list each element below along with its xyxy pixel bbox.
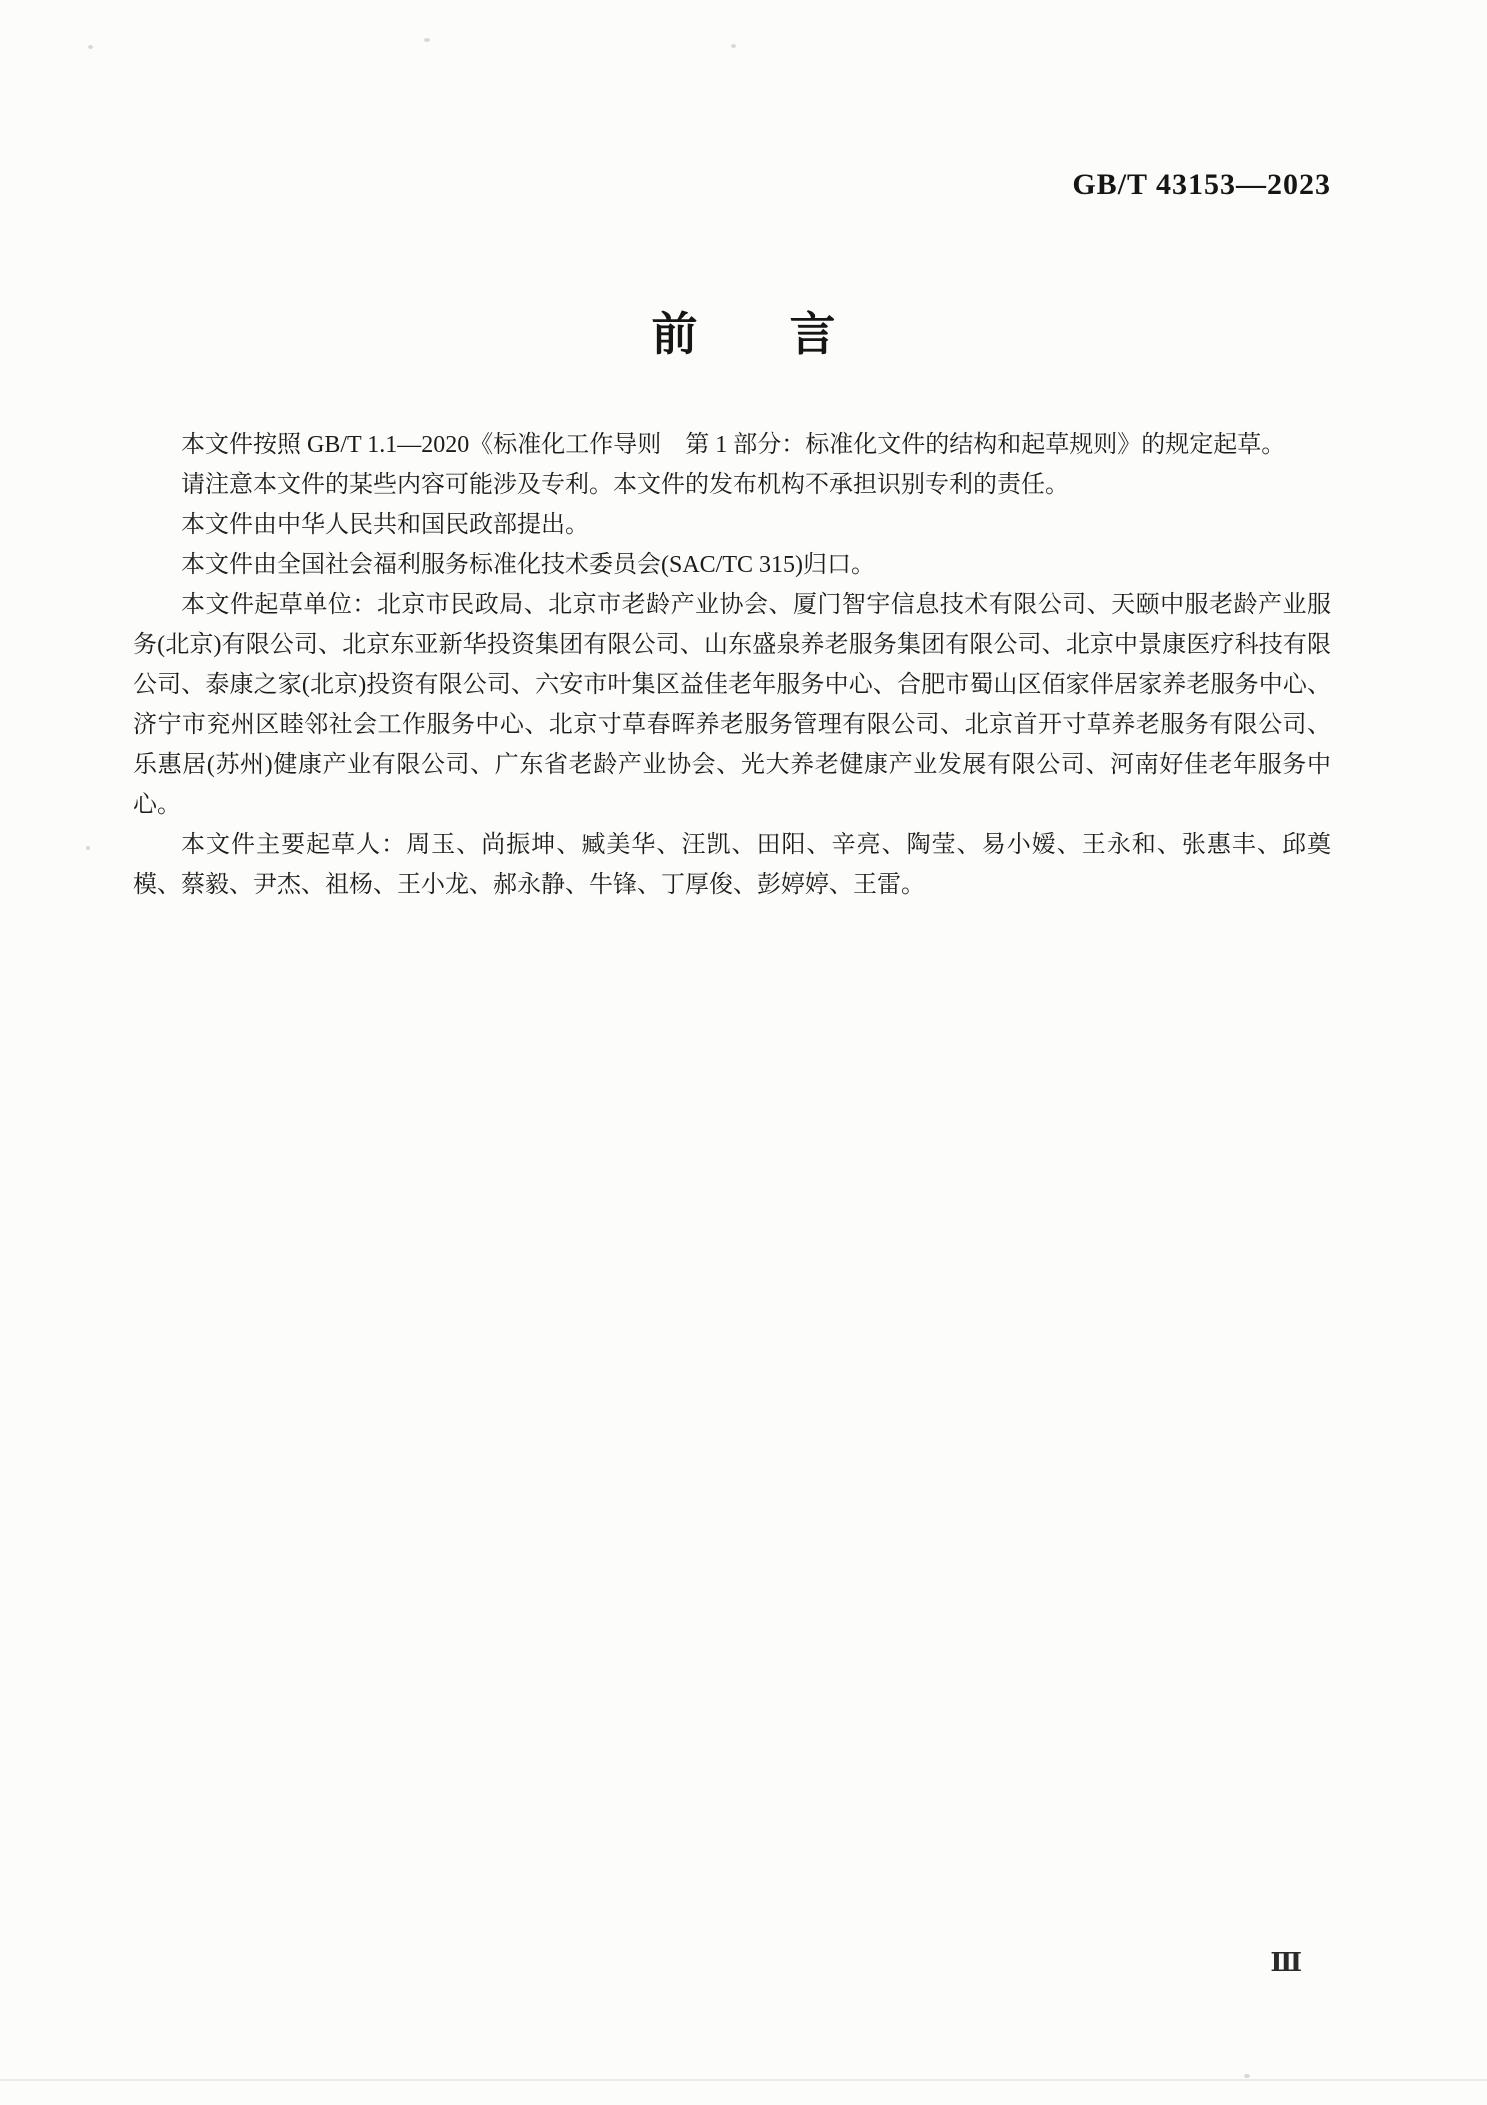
foreword-paragraph-committee: 本文件由全国社会福利服务标准化技术委员会(SAC/TC 315)归口。 — [133, 545, 1331, 585]
document-page: GB/T 43153—2023 前 言 本文件按照 GB/T 1.1—2020《… — [0, 0, 1487, 2105]
foreword-paragraph-patent-notice: 请注意本文件的某些内容可能涉及专利。本文件的发布机构不承担识别专利的责任。 — [133, 465, 1331, 505]
foreword-paragraph-drafting-organizations: 本文件起草单位：北京市民政局、北京市老龄产业协会、厦门智宇信息技术有限公司、天颐… — [133, 585, 1331, 825]
scan-artifact — [1244, 2074, 1250, 2078]
foreword-body: 本文件按照 GB/T 1.1—2020《标准化工作导则 第 1 部分：标准化文件… — [133, 425, 1331, 905]
scan-artifact — [424, 38, 430, 42]
page-header: GB/T 43153—2023 — [1072, 168, 1331, 202]
foreword-paragraph-main-drafters: 本文件主要起草人：周玉、尚振坤、臧美华、汪凯、田阳、辛亮、陶莹、易小嫒、王永和、… — [133, 825, 1331, 905]
standard-code: GB/T 43153—2023 — [1072, 168, 1331, 201]
page-number: Ⅲ — [1270, 1948, 1302, 1978]
foreword-paragraph-drafting-rules: 本文件按照 GB/T 1.1—2020《标准化工作导则 第 1 部分：标准化文件… — [133, 425, 1331, 465]
scan-artifact — [86, 846, 90, 850]
scan-artifact — [731, 44, 736, 48]
foreword-paragraph-proposed-by: 本文件由中华人民共和国民政部提出。 — [133, 505, 1331, 545]
scan-artifact — [88, 45, 93, 49]
page-title: 前 言 — [0, 298, 1487, 364]
